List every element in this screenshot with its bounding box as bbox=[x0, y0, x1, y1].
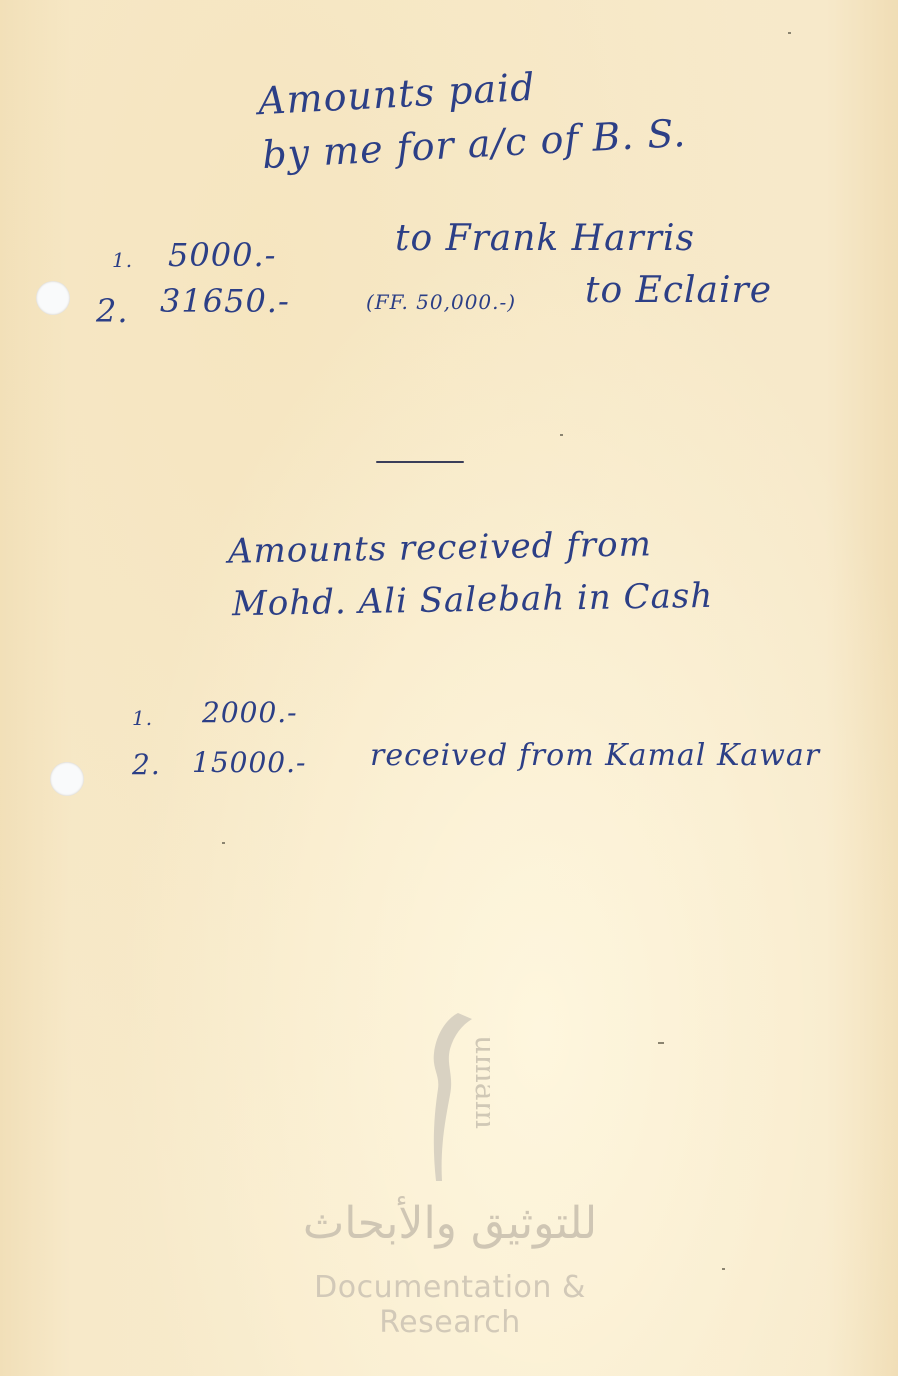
section-divider bbox=[376, 461, 464, 463]
paper-speck bbox=[722, 1268, 725, 1270]
watermark-arabic: للتوثيق والأبحاث bbox=[300, 1198, 600, 1249]
entry-note: to Frank Harris bbox=[395, 218, 695, 259]
entry-amount: 15000.- bbox=[192, 746, 306, 779]
entry-amount: 5000.- bbox=[168, 236, 276, 274]
paper-speck bbox=[560, 434, 563, 436]
punch-hole-top bbox=[36, 281, 70, 315]
entry-amount: 31650.- bbox=[160, 282, 290, 320]
entry-note-paren: (FF. 50,000.-) bbox=[366, 290, 516, 314]
paper-speck bbox=[658, 1042, 664, 1044]
punch-hole-bottom bbox=[50, 762, 84, 796]
received-heading-line1: Amounts received from bbox=[228, 524, 652, 571]
entry-number: 2. bbox=[132, 748, 161, 781]
watermark-english: Documentation & Research bbox=[244, 1270, 656, 1340]
entry-note: to Eclaire bbox=[585, 270, 772, 311]
paper-speck bbox=[222, 842, 225, 844]
paper-speck bbox=[788, 32, 791, 34]
entry-note: received from Kamal Kawar bbox=[370, 738, 820, 773]
umam-logo-icon: umam bbox=[410, 1005, 490, 1195]
entry-amount: 2000.- bbox=[202, 696, 298, 729]
entry-number: 1. bbox=[132, 706, 153, 730]
entry-number: 2. bbox=[96, 292, 129, 330]
entry-number: 1. bbox=[112, 248, 133, 272]
svg-text:umam: umam bbox=[468, 1035, 490, 1129]
received-heading-line2: Mohd. Ali Salebah in Cash bbox=[232, 576, 714, 624]
